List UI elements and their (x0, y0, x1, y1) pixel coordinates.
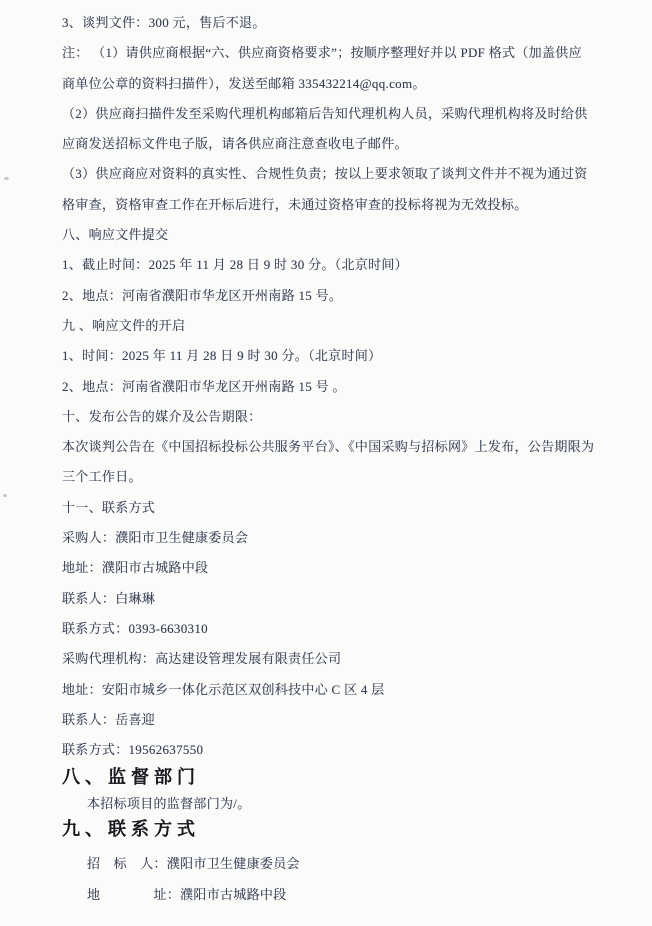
document-line: 联系人：白琳琳 (62, 584, 610, 614)
document-line: 格审查，资格审查工作在开标后进行，未通过资格审查的投标将视为无效投标。 (62, 190, 610, 220)
document-line: 本招标项目的监督部门为/。 (62, 790, 610, 817)
scan-speck (4, 177, 9, 180)
document-line: 十、发布公告的媒介及公告期限： (62, 402, 610, 432)
scan-speck (3, 494, 7, 497)
document-line: 联系方式：19562637550 (62, 735, 610, 765)
document-line: 采购代理机构：高达建设管理发展有限责任公司 (62, 644, 610, 674)
document-line: 商单位公章的资料扫描件），发送至邮箱 335432214@qq.com。 (62, 69, 610, 99)
document-line: 2、地点：河南省濮阳市华龙区开州南路 15 号 。 (62, 372, 610, 402)
document-line: 2、地点：河南省濮阳市华龙区开州南路 15 号。 (62, 281, 610, 311)
document-line: 联系方式：0393-6630310 (62, 614, 610, 644)
document-line: 三个工作日。 (62, 462, 610, 492)
section-heading: 九、联系方式 (62, 817, 610, 842)
document-page: 3、谈判文件：300 元，售后不退。注： （1）请供应商根据“六、供应商资格要求… (0, 0, 652, 926)
document-line: 联系人：岳喜迎 (62, 705, 610, 735)
section-heading: 八、监督部门 (62, 765, 610, 790)
document-line: 3、谈判文件：300 元，售后不退。 (62, 8, 610, 38)
document-line: 地址：安阳市城乡一体化示范区双创科技中心 C 区 4 层 (62, 675, 610, 705)
document-line: 1、截止时间：2025 年 11 月 28 日 9 时 30 分。（北京时间） (62, 250, 610, 280)
document-line: 应商发送招标文件电子版，请各供应商注意查收电子邮件。 (62, 129, 610, 159)
document-line: （2）供应商扫描件发至采购代理机构邮箱后告知代理机构人员，采购代理机构将及时给供 (62, 99, 610, 129)
document-line: 十一、联系方式 (62, 493, 610, 523)
document-line: 地 址：濮阳市古城路中段 (62, 880, 610, 910)
document-line: 注： （1）请供应商根据“六、供应商资格要求”；按顺序整理好并以 PDF 格式（… (62, 38, 610, 68)
document-line: （3）供应商应对资料的真实性、合规性负责；按以上要求领取了谈判文件并不视为通过资 (62, 159, 610, 189)
document-line: 采购人：濮阳市卫生健康委员会 (62, 523, 610, 553)
document-line: 本次谈判公告在《中国招标投标公共服务平台》、《中国采购与招标网》上发布，公告期限… (62, 432, 610, 462)
document-line: 八、响应文件提交 (62, 220, 610, 250)
document-line: 地址：濮阳市古城路中段 (62, 553, 610, 583)
document-line: 招 标 人：濮阳市卫生健康委员会 (62, 848, 610, 880)
document-line: 1、时间：2025 年 11 月 28 日 9 时 30 分。（北京时间） (62, 341, 610, 371)
document-body: 3、谈判文件：300 元，售后不退。注： （1）请供应商根据“六、供应商资格要求… (62, 8, 610, 910)
document-line: 九 、响应文件的开启 (62, 311, 610, 341)
